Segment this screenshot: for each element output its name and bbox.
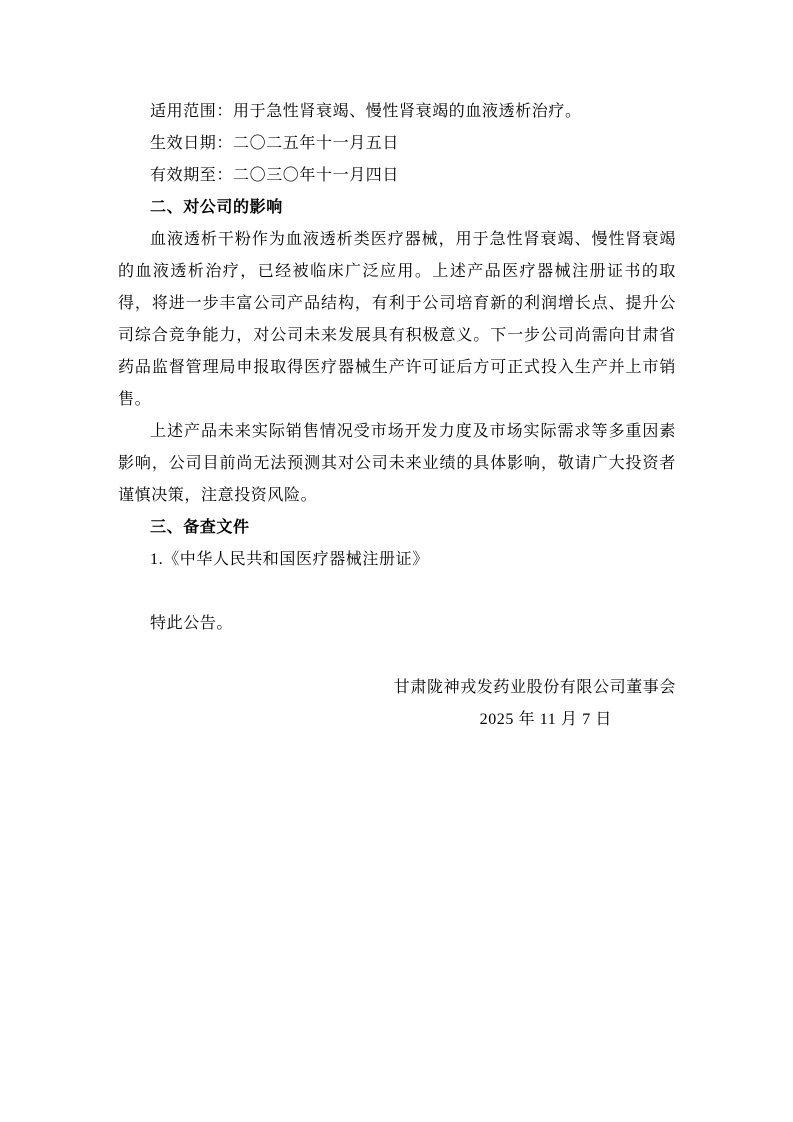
signature-company-name: 甘肃陇神戎发药业股份有限公司董事会 — [118, 672, 676, 704]
signature-date: 2025 年 11 月 7 日 — [118, 704, 676, 736]
paragraph-reference-document-item: 1.《中华人民共和国医疗器械注册证》 — [118, 544, 676, 576]
heading-section-impact: 二、对公司的影响 — [118, 192, 676, 224]
announcement-page: 适用范围：用于急性肾衰竭、慢性肾衰竭的血液透析治疗。 生效日期：二〇二五年十一月… — [0, 0, 793, 1122]
paragraph-expiry-date: 有效期至：二〇三〇年十一月四日 — [118, 160, 676, 192]
paragraph-closing-statement: 特此公告。 — [118, 608, 676, 640]
heading-section-reference-documents: 三、备查文件 — [118, 512, 676, 544]
paragraph-risk-notice: 上述产品未来实际销售情况受市场开发力度及市场实际需求等多重因素影响，公司目前尚无… — [118, 416, 676, 512]
paragraph-usage-scope: 适用范围：用于急性肾衰竭、慢性肾衰竭的血液透析治疗。 — [118, 96, 676, 128]
paragraph-impact-description: 血液透析干粉作为血液透析类医疗器械，用于急性肾衰竭、慢性肾衰竭的血液透析治疗，已… — [118, 224, 676, 416]
paragraph-effective-date: 生效日期：二〇二五年十一月五日 — [118, 128, 676, 160]
